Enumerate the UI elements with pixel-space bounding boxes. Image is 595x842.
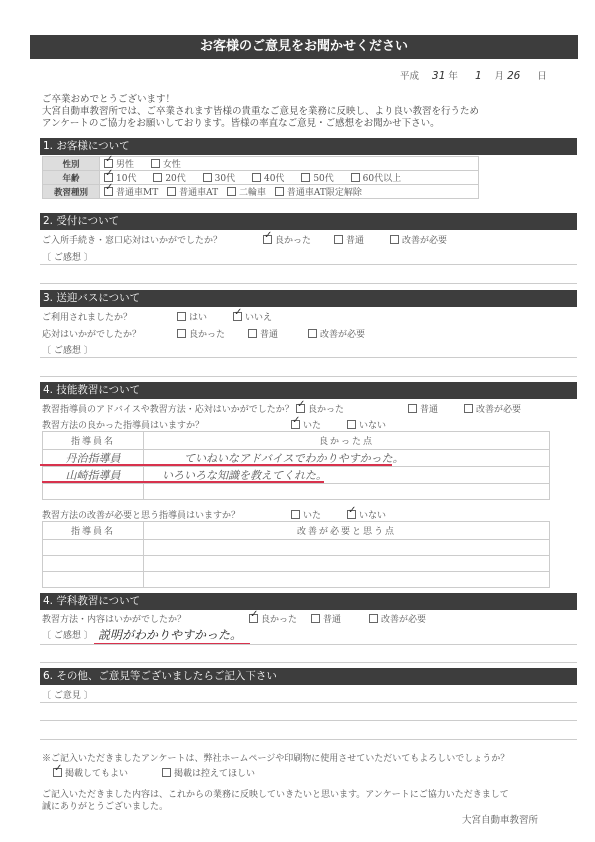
date-month-unit: 月 bbox=[495, 71, 505, 82]
option-label: 良かった bbox=[308, 405, 344, 415]
bus-use-question: ご利用されましたか？ bbox=[42, 310, 132, 323]
checkbox-icon bbox=[203, 173, 212, 182]
improve-point-cell[interactable] bbox=[144, 572, 550, 588]
checkbox-icon bbox=[233, 312, 242, 321]
checkbox-icon bbox=[177, 312, 186, 321]
closing-line: ご記入いただきました内容は、これからの業務に反映していきたいと思います。アンケー… bbox=[42, 789, 509, 801]
option-label: いた bbox=[303, 511, 321, 521]
comment-line[interactable] bbox=[40, 644, 577, 645]
checkbox-reception-normal[interactable]: 普通 bbox=[334, 233, 364, 246]
checkbox-advice-improve[interactable]: 改善が必要 bbox=[464, 402, 521, 415]
checkbox-at-release[interactable]: 普通車AT限定解除 bbox=[275, 188, 362, 198]
instructor-name-cell[interactable] bbox=[43, 556, 144, 572]
classroom-question: 教習方法・内容はいかがでしたか？ bbox=[42, 612, 186, 625]
checkbox-advice-normal[interactable]: 普通 bbox=[408, 402, 438, 415]
bus-service-question: 応対はいかがでしたか？ bbox=[42, 327, 141, 340]
date-year-unit: 年 bbox=[448, 71, 458, 82]
closing-text: ご記入いただきました内容は、これからの業務に反映していきたいと思います。アンケー… bbox=[42, 789, 509, 813]
form-title: お客様のご意見をお聞かせください bbox=[30, 35, 578, 59]
option-label: いない bbox=[359, 511, 386, 521]
option-label: 10代 bbox=[116, 174, 136, 184]
improve-point-cell[interactable] bbox=[144, 556, 550, 572]
checkbox-icon bbox=[248, 329, 257, 338]
checkbox-icon bbox=[369, 614, 378, 623]
option-label: 60代以上 bbox=[363, 174, 401, 184]
reception-question: ご入所手続き・窓口応対はいかがでしたか？ bbox=[42, 233, 222, 246]
checkbox-good-instructor-no[interactable]: いない bbox=[347, 418, 386, 431]
checkbox-improve-instructor-no[interactable]: いない bbox=[347, 508, 386, 521]
option-label: 掲載は控えてほしい bbox=[174, 769, 255, 779]
checkbox-bus-improve[interactable]: 改善が必要 bbox=[308, 327, 365, 340]
checkbox-icon bbox=[311, 614, 320, 623]
column-header: 良かった点 bbox=[144, 432, 550, 450]
option-label: 改善が必要 bbox=[402, 236, 447, 246]
checkbox-at[interactable]: 普通車AT bbox=[167, 188, 218, 198]
comment-line[interactable] bbox=[40, 264, 577, 265]
comment-line[interactable] bbox=[40, 283, 577, 284]
checkbox-icon bbox=[301, 173, 310, 182]
option-label: 普通 bbox=[420, 405, 438, 415]
checkbox-classroom-normal[interactable]: 普通 bbox=[311, 612, 341, 625]
option-label: いた bbox=[303, 421, 321, 431]
checkbox-advice-good[interactable]: 良かった bbox=[296, 402, 344, 415]
option-label: 普通 bbox=[346, 236, 364, 246]
checkbox-icon bbox=[351, 173, 360, 182]
option-label: いない bbox=[359, 421, 386, 431]
classroom-comment[interactable]: 説明がわかりやすかった。 bbox=[98, 626, 242, 643]
checkbox-icon bbox=[177, 329, 186, 338]
classroom-comment-label: 〔 ご感想 〕 bbox=[42, 628, 93, 641]
intro-text: ご卒業おめでとうございます！ 大宮自動車教習所では、ご卒業されます皆様の貴重なご… bbox=[42, 94, 479, 130]
table-header-row: 指導員名 改善が必要と思う点 bbox=[43, 522, 550, 540]
option-label: 良かった bbox=[189, 330, 225, 340]
option-label: 普通車AT bbox=[179, 188, 218, 198]
checkbox-60s[interactable]: 60代以上 bbox=[351, 174, 401, 184]
checkbox-classroom-improve[interactable]: 改善が必要 bbox=[369, 612, 426, 625]
checkbox-icon bbox=[252, 173, 261, 182]
option-label: いいえ bbox=[245, 313, 272, 323]
checkbox-female[interactable]: 女性 bbox=[151, 160, 181, 170]
table-row bbox=[43, 572, 550, 588]
checkbox-bus-good[interactable]: 良かった bbox=[177, 327, 225, 340]
instructor-name-cell[interactable] bbox=[43, 540, 144, 556]
option-label: 良かった bbox=[275, 236, 311, 246]
section-1-header: 1. お客様について bbox=[40, 138, 577, 155]
checkbox-20s[interactable]: 20代 bbox=[153, 174, 185, 184]
checkbox-consent-no[interactable]: 掲載は控えてほしい bbox=[162, 766, 255, 779]
improve-instructor-question: 教習方法の改善が必要と思う指導員はいますか？ bbox=[42, 508, 240, 521]
table-row bbox=[43, 540, 550, 556]
option-label: 女性 bbox=[163, 160, 181, 170]
section-2-header: 2. 受付について bbox=[40, 213, 577, 230]
comment-line[interactable] bbox=[40, 662, 577, 663]
checkbox-icon bbox=[347, 420, 356, 429]
improve-point-cell[interactable] bbox=[144, 540, 550, 556]
gender-options: 男性 女性 bbox=[100, 157, 479, 171]
table-row bbox=[43, 556, 550, 572]
checkbox-classroom-good[interactable]: 良かった bbox=[249, 612, 297, 625]
instructor-advice-question: 教習指導員のアドバイスや教習方法・応対はいかがでしたか？ bbox=[42, 402, 294, 415]
column-header: 指導員名 bbox=[43, 432, 144, 450]
customer-info-table: 性別 男性 女性 年齢 10代 20代 30代 40代 50代 60代以上 教習… bbox=[42, 156, 479, 199]
checkbox-icon bbox=[308, 329, 317, 338]
checkbox-icon bbox=[104, 187, 113, 196]
age-label: 年齢 bbox=[43, 171, 100, 185]
checkbox-bus-no[interactable]: いいえ bbox=[233, 310, 272, 323]
good-point-cell[interactable] bbox=[144, 484, 550, 500]
checkbox-icon bbox=[464, 404, 473, 413]
checkbox-icon bbox=[408, 404, 417, 413]
course-type-label: 教習種別 bbox=[43, 185, 100, 199]
date-day-unit: 日 bbox=[537, 71, 547, 82]
checkbox-icon bbox=[104, 173, 113, 182]
date-era: 平成 bbox=[400, 71, 419, 82]
checkbox-icon bbox=[227, 187, 236, 196]
date-month[interactable]: 1 bbox=[475, 69, 482, 82]
option-label: 普通 bbox=[323, 615, 341, 625]
checkbox-icon bbox=[390, 235, 399, 244]
intro-line: 大宮自動車教習所では、ご卒業されます皆様の貴重なご意見を業務に反映し、より良い教… bbox=[42, 106, 479, 118]
red-underline bbox=[40, 464, 392, 466]
checkbox-icon bbox=[153, 173, 162, 182]
reception-comment-label: 〔 ご感想 〕 bbox=[42, 250, 93, 263]
improve-instructor-table: 指導員名 改善が必要と思う点 bbox=[42, 521, 550, 588]
other-comment-label: 〔 ご意見 〕 bbox=[42, 688, 93, 701]
checkbox-bus-normal[interactable]: 普通 bbox=[248, 327, 278, 340]
red-underline bbox=[42, 481, 324, 483]
checkbox-consent-yes[interactable]: 掲載してもよい bbox=[53, 766, 128, 779]
table-row: 教習種別 普通車MT 普通車AT 二輪車 普通車AT限定解除 bbox=[43, 185, 479, 199]
checkbox-mt[interactable]: 普通車MT bbox=[104, 188, 158, 198]
checkbox-motorcycle[interactable]: 二輪車 bbox=[227, 188, 266, 198]
option-label: 掲載してもよい bbox=[65, 769, 128, 779]
option-label: 改善が必要 bbox=[320, 330, 365, 340]
checkbox-icon bbox=[291, 510, 300, 519]
age-options: 10代 20代 30代 40代 50代 60代以上 bbox=[100, 171, 479, 185]
option-label: 二輪車 bbox=[239, 188, 266, 198]
checkbox-icon bbox=[347, 510, 356, 519]
option-label: 改善が必要 bbox=[476, 405, 521, 415]
option-label: 改善が必要 bbox=[381, 615, 426, 625]
checkbox-icon bbox=[167, 187, 176, 196]
checkbox-icon bbox=[263, 235, 272, 244]
checkbox-icon bbox=[104, 159, 113, 168]
option-label: 良かった bbox=[261, 615, 297, 625]
intro-line: アンケートのご協力をお願いしております。皆様の率直なご意見・ご感想をお聞かせ下さ… bbox=[42, 118, 479, 130]
signature: 大宮自動車教習所 bbox=[462, 815, 538, 827]
consent-question: ※ご記入いただきましたアンケートは、弊社ホームページや印刷物に使用させていただい… bbox=[42, 753, 509, 765]
option-label: 30代 bbox=[215, 174, 235, 184]
option-label: 男性 bbox=[116, 160, 134, 170]
section-3-header: 3. 送迎バスについて bbox=[40, 290, 577, 307]
closing-line: 誠にありがとうございました。 bbox=[42, 801, 509, 813]
section-6-header: 6. その他、ご意見等ございましたらご記入下さい bbox=[40, 668, 577, 685]
checkbox-icon bbox=[275, 187, 284, 196]
course-options: 普通車MT 普通車AT 二輪車 普通車AT限定解除 bbox=[100, 185, 479, 199]
option-label: 40代 bbox=[264, 174, 284, 184]
option-label: 普通 bbox=[260, 330, 278, 340]
comment-line[interactable] bbox=[40, 376, 577, 377]
option-label: 普通車MT bbox=[116, 188, 158, 198]
table-header-row: 指導員名 良かった点 bbox=[43, 432, 550, 450]
checkbox-icon bbox=[334, 235, 343, 244]
checkbox-icon bbox=[162, 768, 171, 777]
comment-line[interactable] bbox=[40, 702, 577, 703]
section-4-header: 4. 技能教習について bbox=[40, 382, 577, 399]
instructor-name-cell[interactable] bbox=[43, 572, 144, 588]
checkbox-50s[interactable]: 50代 bbox=[301, 174, 333, 184]
comment-line[interactable] bbox=[40, 720, 577, 721]
option-label: 普通車AT限定解除 bbox=[287, 188, 362, 198]
column-header: 指導員名 bbox=[43, 522, 144, 540]
table-row bbox=[43, 484, 550, 500]
section-5-header: 4. 学科教習について bbox=[40, 593, 577, 610]
checkbox-icon bbox=[296, 404, 305, 413]
comment-line[interactable] bbox=[40, 357, 577, 358]
intro-line: ご卒業おめでとうございます！ bbox=[42, 94, 479, 106]
checkbox-improve-instructor-yes[interactable]: いた bbox=[291, 508, 321, 521]
checkbox-good-instructor-yes[interactable]: いた bbox=[291, 418, 321, 431]
good-instructor-question: 教習方法の良かった指導員はいますか？ bbox=[42, 418, 204, 431]
bus-comment-label: 〔 ご感想 〕 bbox=[42, 343, 93, 356]
option-label: 50代 bbox=[313, 174, 333, 184]
checkbox-reception-good[interactable]: 良かった bbox=[263, 233, 311, 246]
gender-label: 性別 bbox=[43, 157, 100, 171]
date-year[interactable]: 31 bbox=[432, 69, 445, 82]
checkbox-bus-yes[interactable]: はい bbox=[177, 310, 207, 323]
instructor-name-cell[interactable] bbox=[43, 484, 144, 500]
option-label: 20代 bbox=[165, 174, 185, 184]
checkbox-30s[interactable]: 30代 bbox=[203, 174, 235, 184]
date-field: 平成 31 年 1 月 26 日 bbox=[400, 68, 547, 82]
comment-line[interactable] bbox=[40, 739, 577, 740]
column-header: 改善が必要と思う点 bbox=[144, 522, 550, 540]
option-label: はい bbox=[189, 313, 207, 323]
checkbox-icon bbox=[53, 768, 62, 777]
checkbox-icon bbox=[151, 159, 160, 168]
checkbox-reception-improve[interactable]: 改善が必要 bbox=[390, 233, 447, 246]
checkbox-40s[interactable]: 40代 bbox=[252, 174, 284, 184]
date-day[interactable]: 26 bbox=[507, 69, 520, 82]
checkbox-icon bbox=[291, 420, 300, 429]
checkbox-icon bbox=[249, 614, 258, 623]
